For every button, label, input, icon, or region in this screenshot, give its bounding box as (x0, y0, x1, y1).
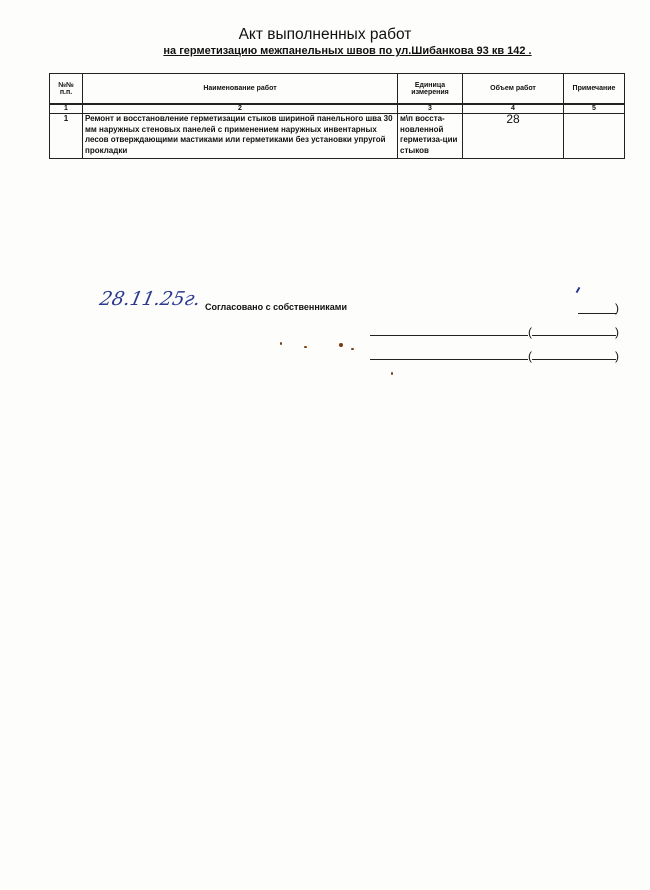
document-subtitle: на герметизацию межпанельных швов по ул.… (0, 45, 650, 57)
document-title: Акт выполненных работ (0, 26, 650, 44)
pen-mark (576, 287, 581, 293)
row-num: 1 (50, 114, 83, 159)
header-name: Наименование работ (83, 74, 398, 105)
header-num: №№ п.п. (50, 74, 83, 105)
stain (351, 348, 354, 350)
header-unit: Единица измерения (398, 74, 463, 105)
stain (339, 343, 343, 347)
colnum-2: 2 (83, 104, 398, 114)
colnum-3: 3 (398, 104, 463, 114)
column-number-row: 1 2 3 4 5 (50, 104, 625, 114)
row-unit: м\п восста-новленной герметиза-ции стыко… (398, 114, 463, 159)
handwritten-date: 28.11.25г. (98, 288, 203, 310)
stain (280, 342, 282, 345)
header-note: Примечание (564, 74, 625, 105)
table-header-row: №№ п.п. Наименование работ Единица измер… (50, 74, 625, 105)
stain (391, 372, 393, 375)
row-volume: 28 (463, 114, 564, 159)
colnum-5: 5 (564, 104, 625, 114)
stain (304, 346, 307, 348)
row-name: Ремонт и восстановление герметизации сты… (83, 114, 398, 159)
row-note (564, 114, 625, 159)
table-row: 1 Ремонт и восстановление герметизации с… (50, 114, 625, 159)
colnum-1: 1 (50, 104, 83, 114)
header-volume: Объем работ (463, 74, 564, 105)
approval-text: Согласовано с собственниками (205, 302, 347, 312)
works-table: №№ п.п. Наименование работ Единица измер… (49, 73, 625, 159)
